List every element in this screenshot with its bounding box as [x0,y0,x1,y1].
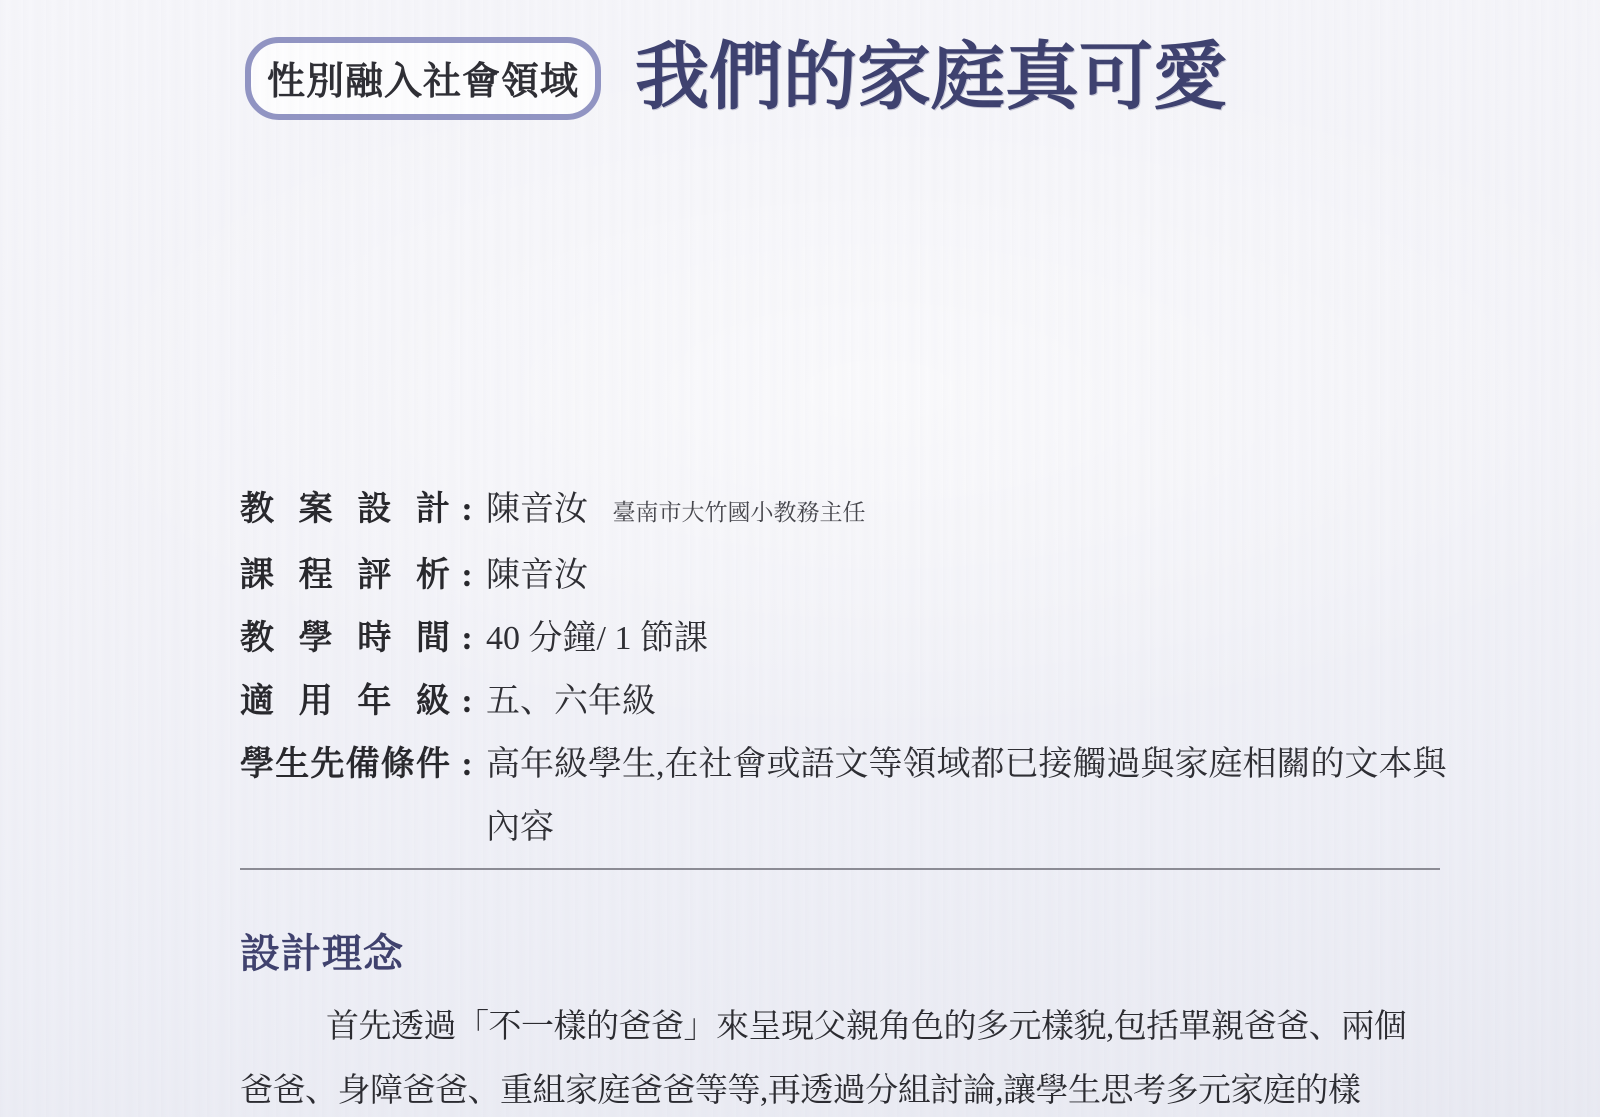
meta-label-duration: 教學時間 [240,607,450,670]
lesson-metadata: 教案設計 : 陳音汝 臺南市大竹國小教務主任 課程評析 : 陳音汝 教學時間 :… [240,478,1480,859]
prerequisite-line-2: 內容 [486,809,554,846]
meta-colon: : [450,544,484,607]
reviewer-name: 陳音汝 [486,544,588,607]
section-divider [240,868,1440,870]
designer-affiliation: 臺南市大竹國小教務主任 [613,499,866,525]
paragraph-line-2: 爸爸、身障爸爸、重組家庭爸爸等等,再透過分組討論,讓學生思考多元家庭的樣 [240,1059,1440,1117]
meta-colon: : [450,733,484,796]
meta-colon: : [450,478,484,541]
meta-label-grade: 適用年級 [240,670,450,733]
category-badge: 性別融入社會領域 [245,37,601,120]
meta-label-designer: 教案設計 [240,478,450,541]
design-concept-heading: 設計理念 [240,922,1440,979]
designer-name: 陳音汝 [486,491,588,528]
meta-value-designer: 陳音汝 臺南市大竹國小教務主任 [486,478,866,544]
title-row: 性別融入社會領域 我們的家庭真可愛 [245,28,1227,128]
page-title: 我們的家庭真可愛 [635,28,1227,128]
document-page: 性別融入社會領域 我們的家庭真可愛 教案設計 : 陳音汝 臺南市大竹國小教務主任… [0,0,1600,1117]
meta-row-prerequisite: 學生先備條件 : 高年級學生,在社會或語文等領域都已接觸過與家庭相關的文本與 內… [240,733,1480,859]
meta-colon: : [450,670,484,733]
duration-value: 40 分鐘/ 1 節課 [486,607,708,670]
meta-row-reviewer: 課程評析 : 陳音汝 [240,544,1480,607]
design-concept-section: 設計理念 首先透過「不一樣的爸爸」來呈現父親角色的多元樣貌,包括單親爸爸、兩個 … [240,922,1440,1117]
design-concept-paragraph: 首先透過「不一樣的爸爸」來呈現父親角色的多元樣貌,包括單親爸爸、兩個 爸爸、身障… [240,995,1440,1117]
paragraph-line-1: 首先透過「不一樣的爸爸」來呈現父親角色的多元樣貌,包括單親爸爸、兩個 [240,995,1440,1059]
meta-row-duration: 教學時間 : 40 分鐘/ 1 節課 [240,607,1480,670]
meta-row-grade: 適用年級 : 五、六年級 [240,670,1480,733]
grade-value: 五、六年級 [486,670,656,733]
meta-label-prerequisite: 學生先備條件 [240,733,450,796]
prerequisite-line-1: 高年級學生,在社會或語文等領域都已接觸過與家庭相關的文本與 [486,746,1447,783]
meta-colon: : [450,607,484,670]
meta-label-reviewer: 課程評析 [240,544,450,607]
prerequisite-value: 高年級學生,在社會或語文等領域都已接觸過與家庭相關的文本與 內容 [486,733,1447,859]
meta-row-designer: 教案設計 : 陳音汝 臺南市大竹國小教務主任 [240,478,1480,544]
